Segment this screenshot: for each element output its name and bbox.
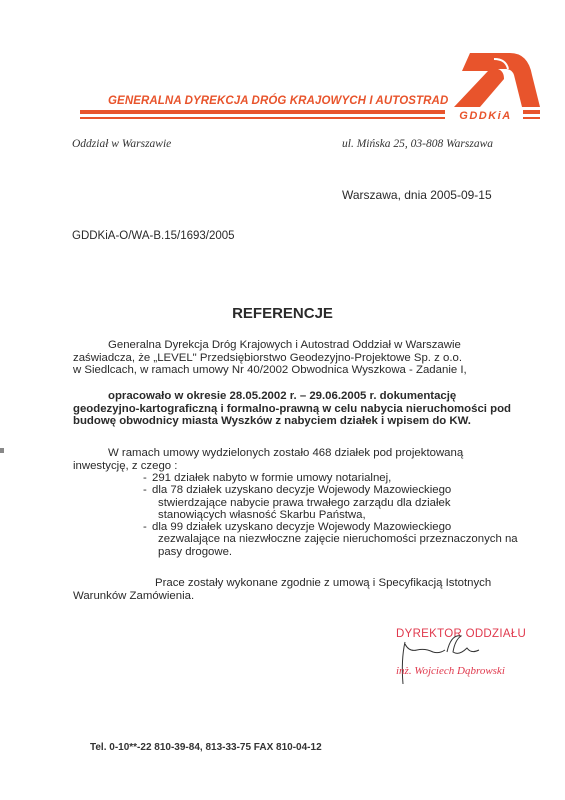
organization-name: GENERALNA DYREKCJA DRÓG KRAJOWYCH I AUTO… (108, 95, 448, 107)
date-line: Warszawa, dnia 2005-09-15 (342, 188, 492, 202)
header-stripe (520, 117, 540, 119)
parcels-paragraph: W ramach umowy wydzielonych zostało 468 … (73, 447, 463, 472)
scope-paragraph: opracowało w okresie 28.05.2002 r. – 29.… (73, 390, 511, 428)
text-line: Generalna Dyrekcja Dróg Krajowych i Auto… (73, 339, 467, 352)
reference-number: GDDKiA-O/WA-B.15/1693/2005 (72, 230, 235, 242)
text-line: budowę obwodnicy miasta Wyszków z nabyci… (73, 415, 511, 428)
signatory-name: inż. Wojciech Dąbrowski (396, 665, 505, 677)
text-line: inwestycję, z czego : (73, 460, 463, 473)
text-line: stwierdzające nabycie prawa trwałego zar… (152, 497, 518, 509)
scan-edge-mark (0, 448, 4, 453)
intro-paragraph: Generalna Dyrekcja Dróg Krajowych i Auto… (73, 339, 467, 377)
text-line: 291 działek nabyto w formie umowy notari… (152, 472, 518, 484)
logo-text: GDDKiA (448, 110, 523, 122)
contact-footer: Tel. 0-10**-22 810-39-84, 813-33-75 FAX … (90, 742, 322, 753)
text-line: zezwalające na niezwłoczne zajęcie nieru… (152, 533, 518, 545)
text-line: zaświadcza, że „LEVEL" Przedsiębiorstwo … (73, 352, 467, 365)
text-line: w Siedlcach, w ramach umowy Nr 40/2002 O… (73, 364, 467, 377)
handwritten-signature-icon (395, 630, 515, 690)
text-line: Prace zostały wykonane zgodnie z umową i… (73, 577, 491, 590)
header-stripe (80, 117, 445, 119)
list-item: dla 99 działek uzyskano decyzje Wojewody… (143, 521, 518, 558)
list-item: dla 78 działek uzyskano decyzje Wojewody… (143, 484, 518, 521)
list-item: 291 działek nabyto w formie umowy notari… (143, 472, 518, 484)
text-line: pasy drogowe. (152, 546, 518, 558)
branch-address: ul. Mińska 25, 03-808 Warszawa (342, 138, 493, 150)
text-line: dla 78 działek uzyskano decyzje Wojewody… (152, 484, 518, 496)
text-line: W ramach umowy wydzielonych zostało 468 … (73, 447, 463, 460)
text-line: Warunków Zamówienia. (73, 590, 491, 603)
text-line: geodezyjno-kartograficzną i formalno-pra… (73, 403, 511, 416)
text-line: stanowiących własność Skarbu Państwa, (152, 509, 518, 521)
closing-paragraph: Prace zostały wykonane zgodnie z umową i… (73, 577, 491, 602)
branch-name: Oddział w Warszawie (72, 138, 171, 150)
header-stripe (520, 110, 540, 114)
header-stripe (80, 110, 445, 114)
document-title: REFERENCJE (0, 305, 565, 322)
text-line: opracowało w okresie 28.05.2002 r. – 29.… (73, 390, 511, 403)
parcels-list: 291 działek nabyto w formie umowy notari… (143, 472, 518, 558)
text-line: dla 99 działek uzyskano decyzje Wojewody… (152, 521, 518, 533)
